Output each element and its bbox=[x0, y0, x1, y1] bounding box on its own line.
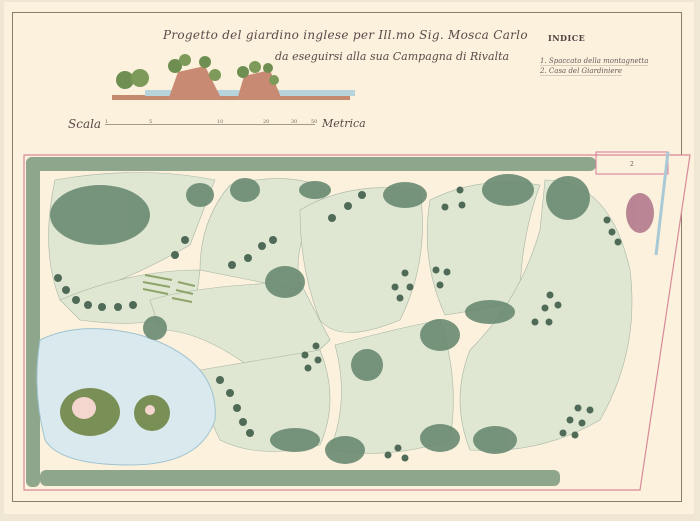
svg-text:2: 2 bbox=[630, 161, 634, 168]
garden-plan: 2 bbox=[0, 0, 700, 521]
cross-section-drawing bbox=[112, 54, 355, 100]
